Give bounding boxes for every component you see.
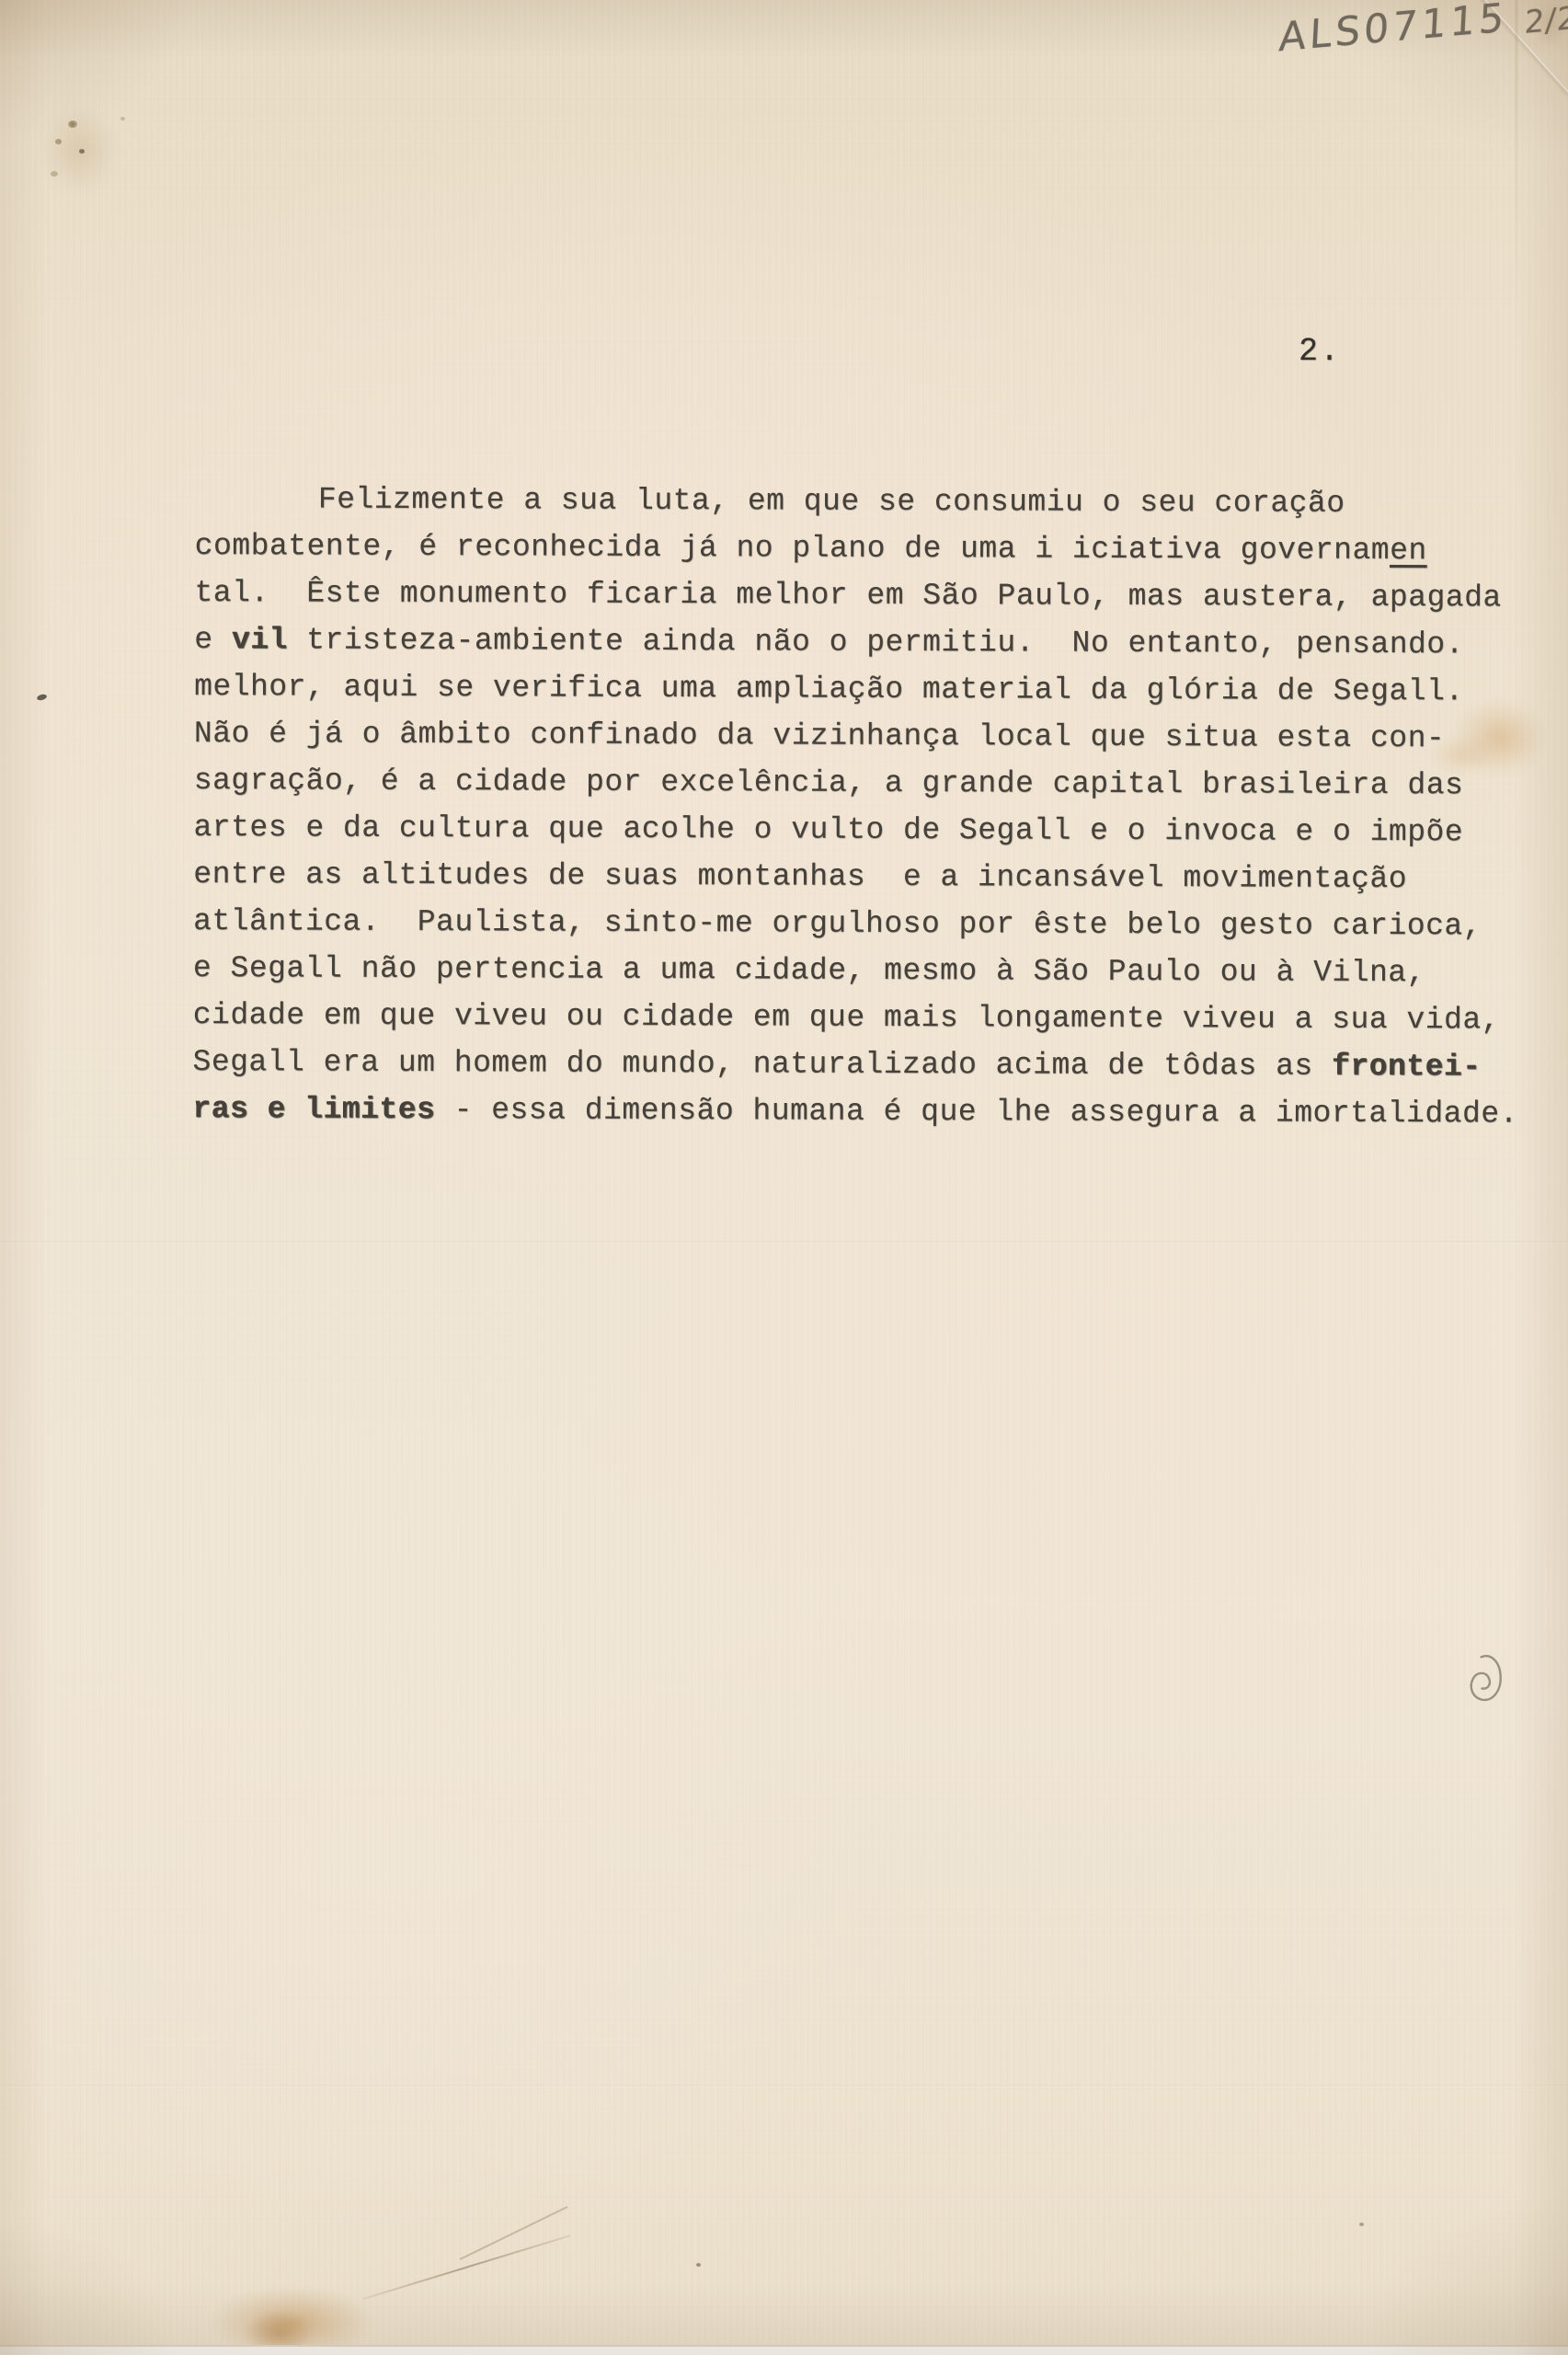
typewritten-line: Não é já o âmbito confinado da vizinhanç… (194, 710, 1500, 762)
typewritten-line: e Segall não pertencia a uma cidade, mes… (193, 945, 1499, 996)
page-number: 2. (1299, 333, 1341, 370)
typewritten-segment: Não é já o âmbito confinado da vizinhanç… (194, 717, 1445, 755)
paper-speck (1359, 2223, 1364, 2226)
typewritten-segment: melhor, aqui se verifica uma ampliação m… (194, 670, 1464, 708)
archive-code-text: ALS07115 (1277, 0, 1508, 61)
paper-speck (79, 149, 85, 154)
typewritten-line: atlântica. Paulista, sinto-me orgulhoso … (193, 898, 1499, 949)
typewritten-paragraph: Felizmente a sua luta, em que se consumi… (192, 476, 1501, 1137)
pencil-circle-mark (1459, 1649, 1510, 1708)
typewritten-line: Segall era um homem do mundo, naturaliza… (192, 1039, 1498, 1090)
paper-speck (120, 117, 125, 121)
typewritten-segment: combatente, é reconhecida já no plano de… (195, 529, 1391, 568)
scanned-page: ALS07115 2/2 2. Felizmente a sua luta, e… (0, 0, 1568, 2355)
ink-fleck (36, 694, 47, 702)
typewritten-line: ras e limites - essa dimensão humana é q… (192, 1086, 1498, 1137)
typewritten-segment: sagração, é a cidade por excelência, a g… (194, 764, 1464, 802)
typewritten-line: combatente, é reconhecida já no plano de… (195, 523, 1501, 574)
typewritten-line: sagração, é a cidade por excelência, a g… (194, 757, 1500, 809)
paper-speck (55, 139, 62, 144)
typewritten-segment: - essa dimensão humana é que lhe assegur… (435, 1093, 1518, 1132)
typewritten-segment: en (1390, 534, 1427, 568)
horizontal-fold-crease (0, 1241, 1568, 1244)
typewritten-line: melhor, aqui se verifica uma ampliação m… (194, 663, 1500, 715)
typewritten-segment: e (194, 623, 232, 657)
typewritten-segment: Segall era um homem do mundo, naturaliza… (192, 1045, 1332, 1084)
typewritten-line: entre as altitudes de suas montanhas e a… (193, 851, 1499, 902)
typewritten-segment: ras e limites (192, 1092, 435, 1127)
typewritten-segment: frontei- (1332, 1050, 1482, 1085)
typewritten-segment: cidade em que viveu ou cidade em que mai… (193, 998, 1500, 1037)
horizontal-fold-crease (0, 2085, 1568, 2087)
typewritten-segment: entre as altitudes de suas montanhas e a… (193, 857, 1407, 896)
vertical-crease (1516, 0, 1517, 313)
typewritten-segment: e Segall não pertencia a uma cidade, mes… (193, 951, 1425, 990)
archive-code-page-fraction: 2/2 (1524, 0, 1568, 41)
typewritten-line: artes e da cultura que acolhe o vulto de… (193, 804, 1499, 856)
paper-speck (696, 2263, 701, 2267)
paper-speck (51, 171, 58, 177)
typewritten-segment: atlântica. Paulista, sinto-me orgulhoso … (193, 904, 1482, 943)
typewritten-segment: vil (232, 623, 288, 657)
paper-speck (68, 121, 77, 128)
typewritten-segment: Felizmente a sua luta, em que se consumi… (318, 483, 1345, 521)
scratch-mark (460, 2206, 568, 2259)
scratch-mark (363, 2234, 570, 2300)
typewritten-line: tal. Êste monumento ficaria melhor em Sã… (194, 569, 1500, 621)
typewritten-segment: tal. Êste monumento ficaria melhor em Sã… (194, 576, 1501, 615)
typewritten-line: cidade em que viveu ou cidade em que mai… (193, 992, 1499, 1043)
typewritten-line: e vil tristeza-ambiente ainda não o perm… (194, 616, 1500, 668)
scan-bottom-edge (0, 2345, 1568, 2355)
typewritten-segment: tristeza-ambiente ainda não o permitiu. … (288, 623, 1464, 661)
typewritten-line: Felizmente a sua luta, em que se consumi… (195, 476, 1501, 527)
typewritten-segment: artes e da cultura que acolhe o vulto de… (193, 810, 1463, 849)
